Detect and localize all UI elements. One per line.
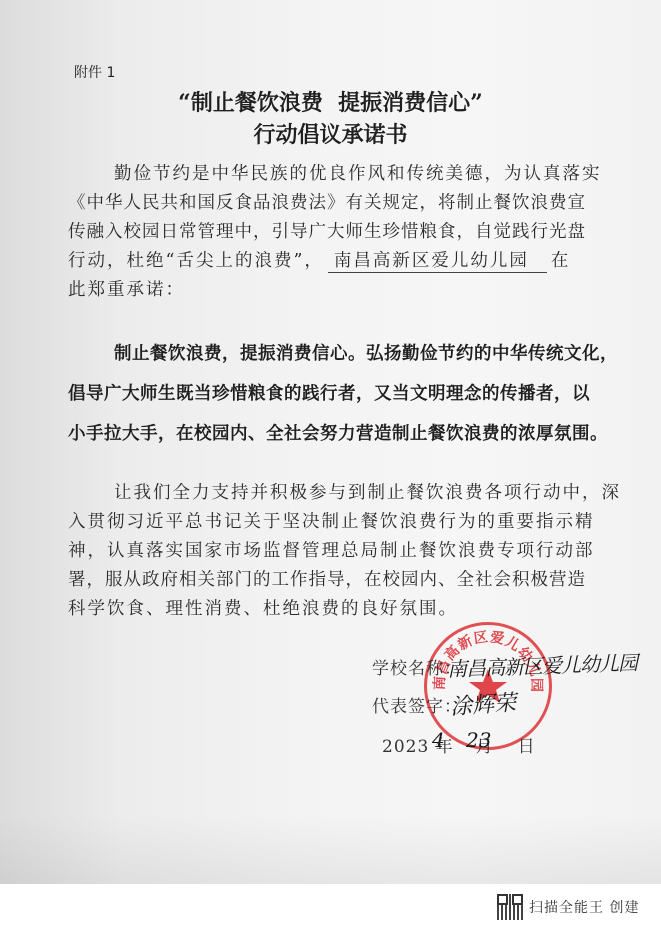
watermark-text: 扫描全能王 创建: [529, 897, 639, 917]
paragraph-3-line: 科学饮食、理性消费、杜绝浪费的良好氛围。: [68, 595, 580, 624]
school-name-handwritten: 南昌高新区爱儿幼儿园: [447, 647, 638, 683]
school-name-blank: 南昌高新区爱儿幼儿园: [328, 250, 547, 273]
paragraph-2-pledge: 制止餐饮浪费，提振消费信心。弘扬勤俭节约的中华传统文化， 倡导广大师生既当珍惜粮…: [68, 334, 580, 454]
paragraph-3-line: 入贯彻习近平总书记关于坚决制止餐饮浪费行为的重要指示精: [68, 508, 580, 537]
date-day-handwritten: 23: [466, 728, 491, 752]
paragraph-2-line: 小手拉大手，在校园内、全社会努力营造制止餐饮浪费的浓厚氛围。: [68, 414, 580, 454]
representative-signature: 涂辉荣: [449, 686, 517, 722]
paragraph-2-line: 制止餐饮浪费，提振消费信心。弘扬勤俭节约的中华传统文化，: [68, 334, 580, 374]
paragraph-1-line: 《中华人民共和国反食品浪费法》有关规定，将制止餐饮浪费宣: [68, 189, 580, 218]
paragraph-3-line: 让我们全力支持并积极参与到制止餐饮浪费各项行动中，深: [68, 479, 580, 508]
paragraph-1-line: 行动，杜绝“舌尖上的浪费”，南昌高新区爱儿幼儿园在: [68, 247, 580, 276]
title-line-2: 行动倡议承诺书: [0, 118, 661, 149]
line-prefix: 行动，杜绝“舌尖上的浪费”，: [68, 251, 324, 271]
paragraph-1-line: 传融入校园日常管理中，引导广大师生珍惜粮食，自觉践行光盘: [68, 218, 580, 247]
paragraph-1-line: 此郑重承诺：: [68, 276, 580, 305]
scanner-watermark: 扫描全能王 创建: [497, 894, 639, 920]
paragraph-2-line: 倡导广大师生既当珍惜粮食的践行者，又当文明理念的传播者，以: [68, 374, 580, 414]
paragraph-1-line: 勤俭节约是中华民族的优良作风和传统美德，为认真落实: [68, 160, 580, 189]
title-line-1: “制止餐饮浪费 提振消费信心”: [0, 86, 661, 117]
attachment-label: 附件 1: [74, 62, 115, 82]
paragraph-3: 让我们全力支持并积极参与到制止餐饮浪费各项行动中，深 入贯彻习近平总书记关于坚决…: [68, 479, 580, 624]
line-suffix: 在: [551, 251, 571, 271]
scanned-paper: 附件 1 “制止餐饮浪费 提振消费信心” 行动倡议承诺书 勤俭节约是中华民族的优…: [0, 0, 661, 884]
paragraph-3-line: 神，认真落实国家市场监督管理总局制止餐饮浪费专项行动部: [68, 537, 580, 566]
qr-code-icon: [497, 894, 523, 920]
date-day-label: 日: [518, 737, 536, 757]
paragraph-3-line: 署，服从政府相关部门的工作指导，在校园内、全社会积极营造: [68, 566, 580, 595]
date-month-handwritten: 4: [432, 728, 445, 752]
paragraph-1: 勤俭节约是中华民族的优良作风和传统美德，为认真落实 《中华人民共和国反食品浪费法…: [68, 160, 580, 305]
date-line: 2023 年月日: [382, 732, 536, 757]
